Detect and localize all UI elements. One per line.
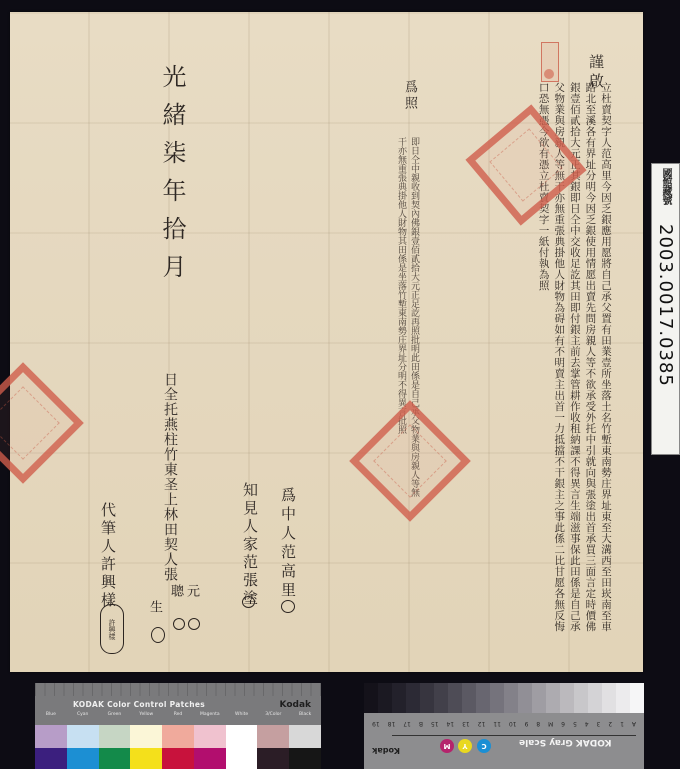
circle-seal (188, 618, 200, 630)
grey-step-letter: 2 (608, 720, 612, 727)
signatory-mark-3: 生 (145, 600, 164, 615)
grey-step (546, 683, 560, 713)
grey-step (448, 683, 462, 713)
circle-seal (151, 627, 165, 643)
circle-seal (173, 618, 185, 630)
patch-label: Red (162, 712, 194, 717)
kodak-logo: Kodak (372, 746, 400, 755)
grey-step-letter: 17 (403, 720, 411, 727)
archive-id-number: 2003.0017.0385 (655, 224, 676, 387)
grey-step (490, 683, 504, 713)
color-patch (99, 725, 131, 748)
grey-step-letter: M (548, 720, 553, 727)
grey-step (504, 683, 518, 713)
grey-step (420, 683, 434, 713)
document-paper: 謹啟 立杜賣契字人范高里今因乏銀應用愿將自己承父置有田業壹所坐落土名竹塹東南勢庄… (10, 12, 643, 672)
grey-step-letter: 4 (585, 720, 589, 727)
grey-step-letter: 19 (372, 720, 380, 727)
circle-seal (281, 600, 295, 613)
grey-step (588, 683, 602, 713)
color-patch (194, 725, 226, 748)
small-red-stamp (541, 42, 559, 82)
seal-inner (0, 386, 60, 460)
color-target-title: KODAK Color Control Patches (73, 700, 205, 709)
seal-inner (489, 128, 562, 201)
grey-step (518, 683, 532, 713)
scribe-oval-seal: 許興樣 (100, 604, 124, 654)
patch-label: White (226, 712, 258, 717)
color-patches-light (35, 725, 321, 748)
grey-step (616, 683, 630, 713)
patch-label: Green (99, 712, 131, 717)
grey-step (406, 683, 420, 713)
grey-step (532, 683, 546, 713)
grey-step (574, 683, 588, 713)
color-patch (130, 725, 162, 748)
grey-step (378, 683, 392, 713)
patch-label: Yellow (130, 712, 162, 717)
grey-step-letter: 15 (431, 720, 439, 727)
patch-label: Cyan (67, 712, 99, 717)
grey-step-letter: 6 (561, 720, 565, 727)
grey-step (364, 683, 378, 713)
grey-step-letter: 8 (536, 720, 540, 727)
color-patch (257, 725, 289, 748)
main-signatory: 日全托燕柱竹東圣上林田契人張 (160, 372, 180, 582)
grey-steps (364, 683, 644, 713)
grey-step-letter: 18 (388, 720, 396, 727)
color-patch (67, 748, 99, 769)
grey-step-letter: 3 (597, 720, 601, 727)
grey-step-letter: 9 (525, 720, 529, 727)
kodak-logo: Kodak (280, 700, 312, 710)
color-patch (67, 725, 99, 748)
magenta-swatch-icon: M (440, 739, 454, 753)
color-patch (289, 725, 321, 748)
grey-step (602, 683, 616, 713)
color-patch (226, 725, 258, 748)
seal-inner (373, 424, 447, 498)
color-patch (130, 748, 162, 769)
grey-step-letter: 14 (447, 720, 455, 727)
grey-step-letter: 10 (509, 720, 517, 727)
archive-id-label: 國館藏號 2003.0017.0385 (651, 163, 680, 455)
closing-text: 爲照 (400, 80, 419, 112)
color-patch (226, 748, 258, 769)
grey-step-letters: A123456M89101112131415B171819 (372, 720, 636, 727)
color-patch (35, 725, 67, 748)
kodak-color-target: KODAK Color Control Patches Kodak Blue C… (35, 683, 321, 769)
color-patches-saturated (35, 748, 321, 769)
patch-label: Magenta (194, 712, 226, 717)
grey-step (476, 683, 490, 713)
red-official-seal (0, 362, 84, 484)
archive-id-prefix: 國館藏號 (658, 168, 673, 224)
grey-step (560, 683, 574, 713)
grey-step-letter: B (419, 720, 423, 727)
color-patch (257, 748, 289, 769)
grey-step-letter: 1 (620, 720, 624, 727)
scribe: 代筆人許興樣 (98, 502, 119, 610)
grey-step-letter: 11 (493, 720, 501, 727)
grey-step (462, 683, 476, 713)
color-patch (162, 725, 194, 748)
grey-step-letter: 13 (462, 720, 470, 727)
grey-step (392, 683, 406, 713)
color-patch (194, 748, 226, 769)
color-patch (289, 748, 321, 769)
signatory-mark-2: 聰 (166, 584, 185, 599)
grey-scale-title: KODAK Gray Scale (519, 737, 611, 747)
cyan-swatch-icon: C (477, 739, 491, 753)
witness: 知見人家范張塗 (240, 482, 261, 608)
divider-line (392, 735, 636, 736)
kodak-grey-scale: A123456M89101112131415B171819 KODAK Gray… (364, 683, 644, 769)
patch-label: Black (289, 712, 321, 717)
ruler-scale (35, 683, 321, 696)
grey-step-letter: 12 (478, 720, 486, 727)
circle-seal (242, 596, 255, 608)
color-patch (162, 748, 194, 769)
color-patch (35, 748, 67, 769)
grey-step-letter: A (632, 720, 636, 727)
color-patch (99, 748, 131, 769)
grey-step (630, 683, 644, 713)
patch-label: 3/Color (257, 712, 289, 717)
grey-step (434, 683, 448, 713)
date-column: 光緒柒年拾月 (155, 64, 190, 292)
middle-person: 爲中人范高里 (278, 487, 299, 601)
patch-label: Blue (35, 712, 67, 717)
grey-step-letter: 5 (573, 720, 577, 727)
stamp-blot (544, 69, 554, 79)
yellow-swatch-icon: Y (458, 739, 472, 753)
patch-labels: Blue Cyan Green Yellow Red Magenta White… (35, 712, 321, 717)
